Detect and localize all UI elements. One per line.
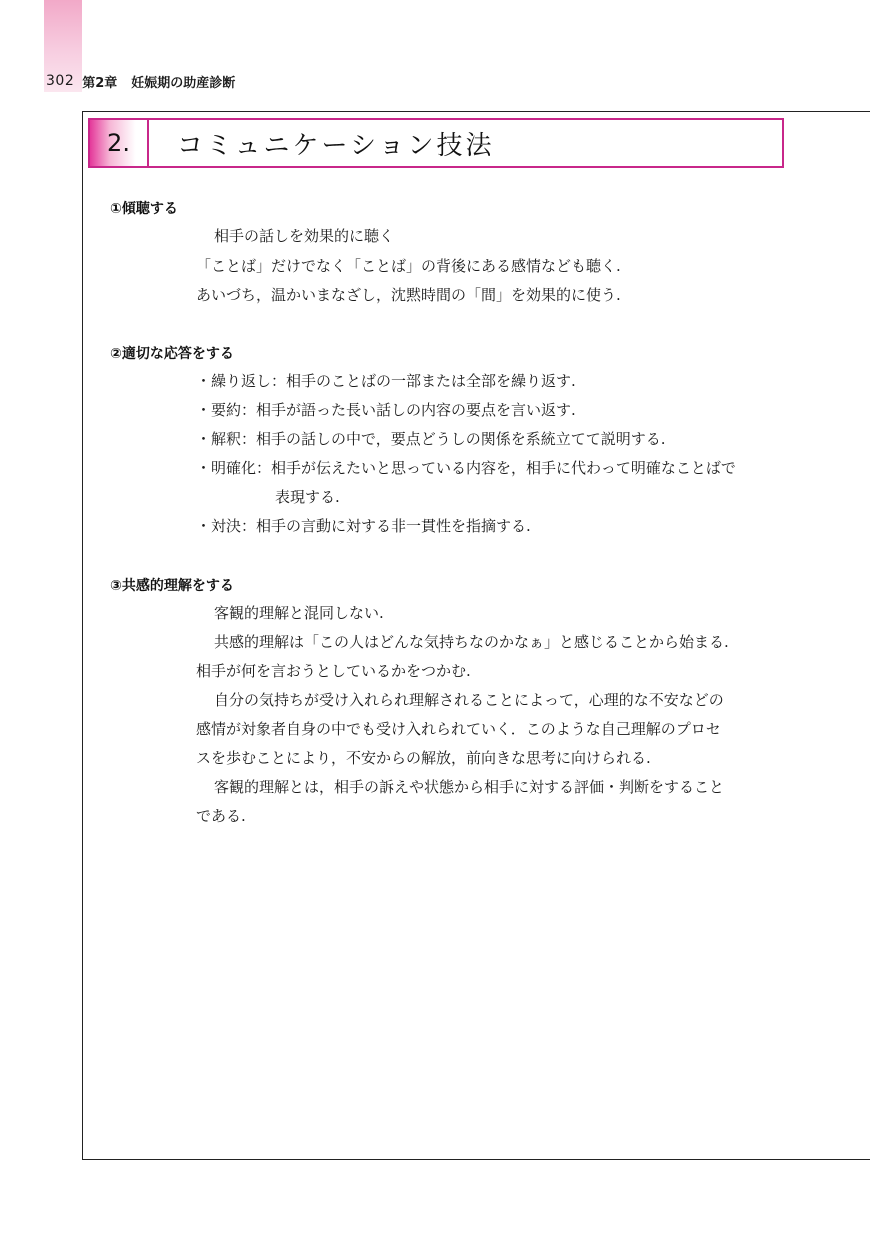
paragraph-line: 感情が対象者自身の中でも受け入れられていく．このような自己理解のプロセ bbox=[196, 719, 721, 739]
paragraph-line: 共感的理解は「この人はどんな気持ちなのかなぁ」と感じることから始まる. bbox=[214, 632, 729, 652]
paragraph-line: 相手が何を言おうとしているかをつかむ. bbox=[196, 661, 471, 681]
chapter-title: 妊娠期の助産診断 bbox=[131, 72, 235, 91]
paragraph-line: 「ことば」だけでなく「ことば」の背後にある感情なども聴く. bbox=[196, 256, 621, 276]
paragraph-line: スを歩むことにより，不安からの解放，前向きな思考に向けられる. bbox=[196, 748, 651, 768]
list-item: ・繰り返し：相手のことばの一部または全部を繰り返す. bbox=[196, 371, 576, 391]
subsection-heading-empathy: ③共感的理解をする bbox=[110, 575, 234, 595]
paragraph-line: 自分の気持ちが受け入れられ理解されることによって，心理的な不安などの bbox=[214, 690, 724, 710]
chapter-label: 第2章 bbox=[82, 72, 117, 91]
subsection-heading-response: ②適切な応答をする bbox=[110, 343, 234, 363]
list-item: ・明確化：相手が伝えたいと思っている内容を，相手に代わって明確なことばで bbox=[196, 458, 736, 478]
list-item: ・解釈：相手の話しの中で，要点どうしの関係を系統立てて説明する. bbox=[196, 429, 665, 449]
paragraph-line: あいづち，温かいまなざし，沈黙時間の「間」を効果的に使う. bbox=[196, 285, 621, 305]
list-item: ・対決：相手の言動に対する非一貫性を指摘する. bbox=[196, 516, 531, 536]
list-item-continuation: 表現する. bbox=[275, 487, 340, 507]
section-number: 2. bbox=[90, 120, 149, 166]
running-head: 302 第2章 妊娠期の助産診断 bbox=[46, 71, 235, 91]
list-item: ・要約：相手が語った長い話しの内容の要点を言い返す. bbox=[196, 400, 576, 420]
paragraph-line: 相手の話しを効果的に聴く bbox=[214, 226, 394, 246]
subsection-heading-listening: ①傾聴する bbox=[110, 198, 178, 218]
section-title-box: 2. コミュニケーション技法 bbox=[88, 118, 784, 168]
paragraph-line: 客観的理解とは，相手の訴えや状態から相手に対する評価・判断をすること bbox=[214, 777, 724, 797]
section-title: コミュニケーション技法 bbox=[149, 120, 494, 166]
paragraph-line: である. bbox=[196, 806, 246, 826]
page-number: 302 bbox=[46, 73, 74, 89]
paragraph-line: 客観的理解と混同しない. bbox=[214, 603, 384, 623]
